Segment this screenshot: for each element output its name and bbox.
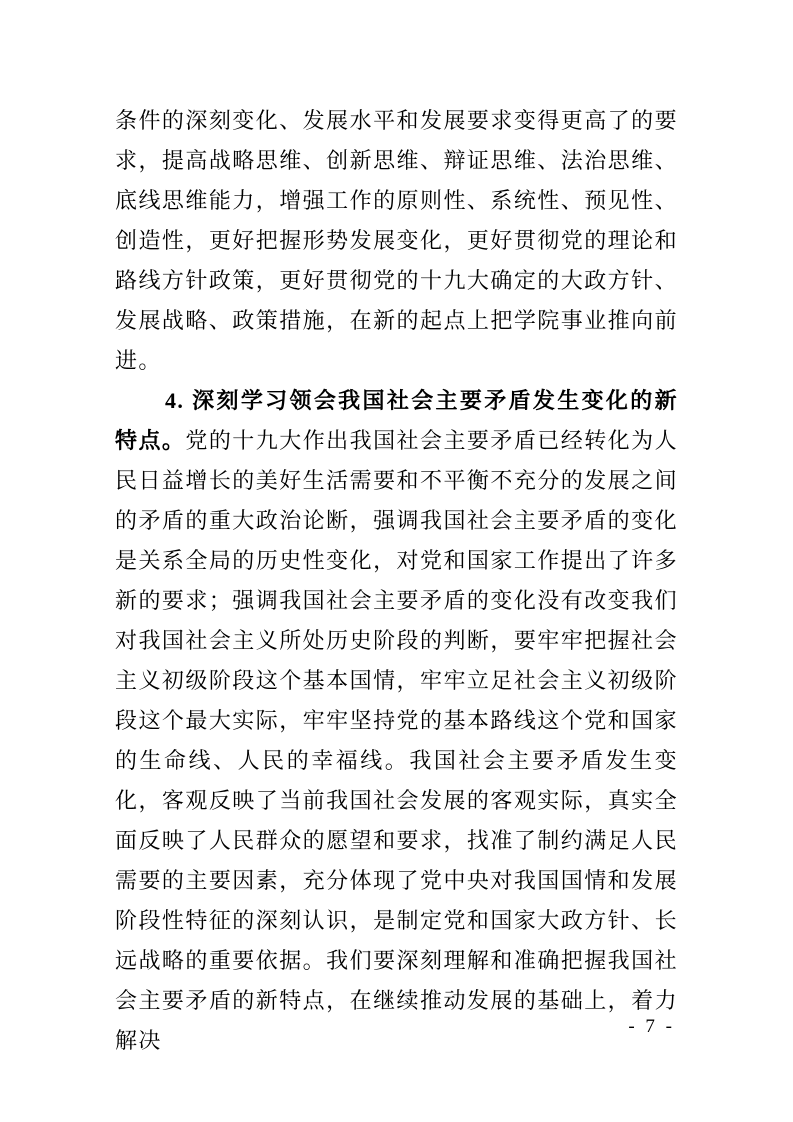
page-number: - 7 - [628,1017,675,1037]
text-block: 条件的深刻变化、发展水平和发展要求变得更高了的要求，提高战略思维、创新思维、辩证… [115,101,678,1061]
document-page: 条件的深刻变化、发展水平和发展要求变得更高了的要求，提高战略思维、创新思维、辩证… [0,0,793,1122]
paragraph-section-4: 4. 深刻学习领会我国社会主要矛盾发生变化的新特点。党的十九大作出我国社会主要矛… [115,381,678,1061]
paragraph-continuation: 条件的深刻变化、发展水平和发展要求变得更高了的要求，提高战略思维、创新思维、辩证… [115,101,678,381]
section-4-body: 党的十九大作出我国社会主要矛盾已经转化为人民日益增长的美好生活需要和不平衡不充分… [115,428,678,1053]
